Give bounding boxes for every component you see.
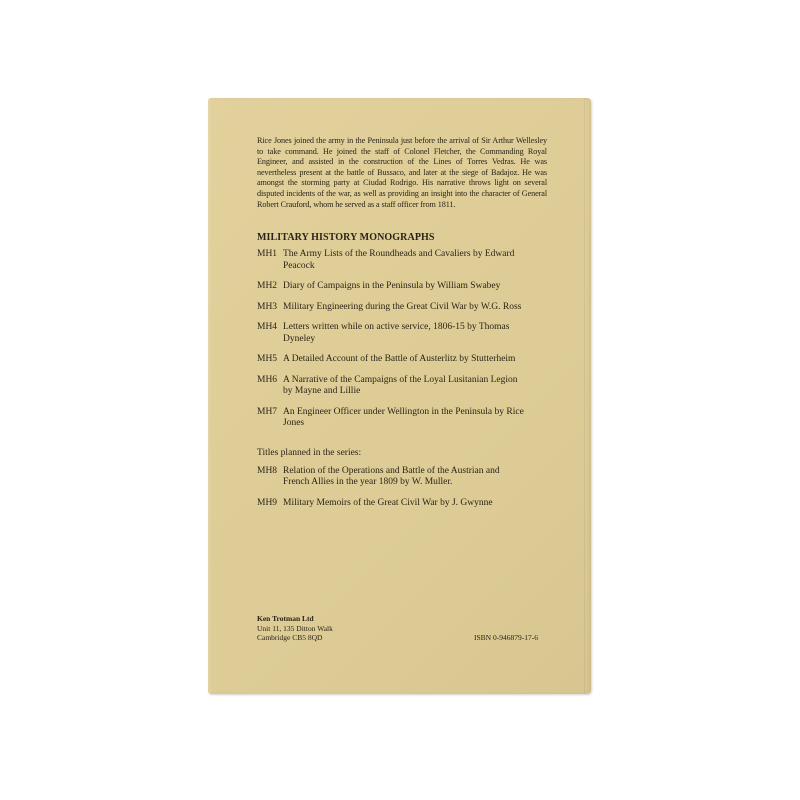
series-title: A Detailed Account of the Battle of Aust… (283, 354, 547, 366)
series-item: MH2 Diary of Campaigns in the Peninsula … (257, 281, 547, 293)
publisher-address-line1: Unit 11, 135 Ditton Walk (257, 624, 333, 634)
series-item: MH5 A Detailed Account of the Battle of … (257, 354, 547, 366)
cover-content: Rice Jones joined the army in the Penins… (257, 136, 547, 518)
series-code: MH7 (257, 407, 283, 430)
series-item: MH1 The Army Lists of the Roundheads and… (257, 249, 547, 272)
publisher-name: Ken Trotman Ltd (257, 614, 333, 624)
publisher-address-line2: Cambridge CB5 8QD (257, 633, 333, 643)
series-code: MH5 (257, 354, 283, 366)
planned-list: MH8 Relation of the Operations and Battl… (257, 466, 547, 510)
series-title: An Engineer Officer under Wellington in … (283, 407, 547, 430)
series-list: MH1 The Army Lists of the Roundheads and… (257, 249, 547, 430)
series-code: MH1 (257, 249, 283, 272)
book-back-cover: Rice Jones joined the army in the Penins… (208, 98, 591, 694)
planned-code: MH9 (257, 498, 283, 510)
series-code: MH6 (257, 375, 283, 398)
series-title: A Narrative of the Campaigns of the Loya… (283, 375, 547, 398)
planned-heading: Titles planned in the series: (257, 448, 547, 458)
series-heading: MILITARY HISTORY MONOGRAPHS (257, 232, 547, 243)
blurb-text: Rice Jones joined the army in the Penins… (257, 136, 547, 210)
isbn-number: ISBN 0-946879-17-6 (474, 633, 538, 642)
publisher-block: Ken Trotman Ltd Unit 11, 135 Ditton Walk… (257, 614, 333, 643)
planned-title: Relation of the Operations and Battle of… (283, 466, 547, 489)
series-item: MH3 Military Engineering during the Grea… (257, 302, 547, 314)
series-title: Diary of Campaigns in the Peninsula by W… (283, 281, 547, 293)
series-title: Letters written while on active service,… (283, 322, 547, 345)
planned-item: MH9 Military Memoirs of the Great Civil … (257, 498, 547, 510)
series-item: MH7 An Engineer Officer under Wellington… (257, 407, 547, 430)
planned-item: MH8 Relation of the Operations and Battl… (257, 466, 547, 489)
series-item: MH6 A Narrative of the Campaigns of the … (257, 375, 547, 398)
planned-code: MH8 (257, 466, 283, 489)
series-code: MH2 (257, 281, 283, 293)
planned-title: Military Memoirs of the Great Civil War … (283, 498, 547, 510)
series-title: The Army Lists of the Roundheads and Cav… (283, 249, 547, 272)
series-code: MH4 (257, 322, 283, 345)
series-code: MH3 (257, 302, 283, 314)
series-title: Military Engineering during the Great Ci… (283, 302, 547, 314)
series-item: MH4 Letters written while on active serv… (257, 322, 547, 345)
